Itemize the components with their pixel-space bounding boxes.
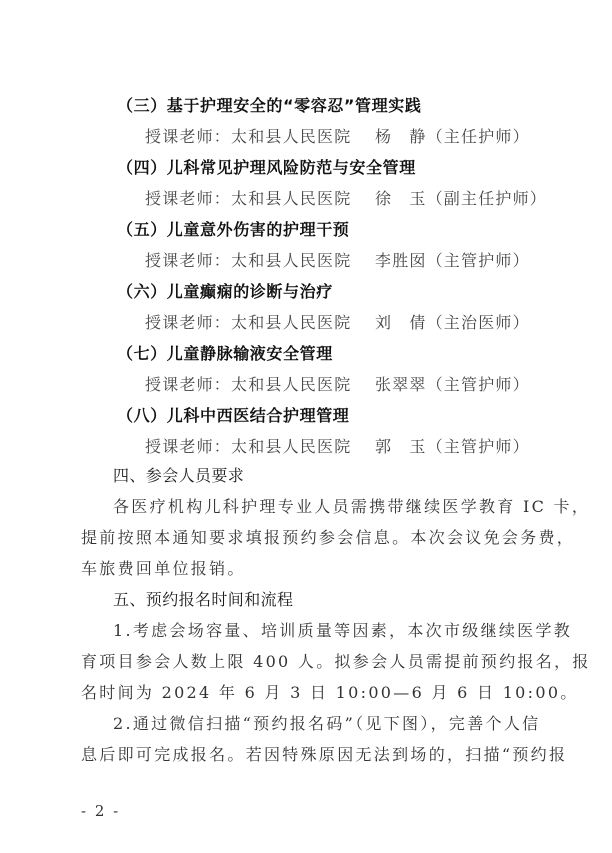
paragraph-line: 1.考虑会场容量、培训质量等因素，本次市级继续医学教 (113, 621, 572, 641)
teacher-name: 李胜囡（主管护师） (375, 251, 530, 271)
teacher-label: 授课老师：太和县人民医院 (145, 127, 351, 146)
course-teacher-4: 授课老师：太和县人民医院 徐 玉（副主任护师） (145, 189, 351, 209)
paragraph-line: 各医疗机构儿科护理专业人员需携带继续医学教育 IC 卡， (113, 497, 590, 517)
teacher-label: 授课老师：太和县人民医院 (145, 189, 351, 208)
teacher-name: 徐 玉（副主任护师） (375, 189, 547, 209)
teacher-name: 杨 静（主任护师） (375, 127, 530, 147)
course-title-6: （六）儿童癫痫的诊断与治疗 (117, 282, 333, 302)
paragraph-line: 名时间为 2024 年 6 月 3 日 10:00—6 月 6 日 10:00。 (81, 683, 579, 703)
teacher-label: 授课老师：太和县人民医院 (145, 375, 351, 394)
teacher-label: 授课老师：太和县人民医院 (145, 313, 351, 332)
paragraph-line: 2.通过微信扫描“预约报名码”（见下图），完善个人信 (113, 714, 540, 734)
section-heading-registration: 五、预约报名时间和流程 (113, 590, 293, 610)
course-title-5: （五）儿童意外伤害的护理干预 (117, 220, 349, 240)
course-teacher-7: 授课老师：太和县人民医院 张翠翠（主管护师） (145, 375, 351, 395)
course-title-4: （四）儿科常见护理风险防范与安全管理 (117, 158, 416, 178)
teacher-label: 授课老师：太和县人民医院 (145, 437, 351, 456)
teacher-name: 郭 玉（主管护师） (375, 437, 530, 457)
teacher-name: 张翠翠（主管护师） (375, 375, 530, 395)
course-teacher-5: 授课老师：太和县人民医院 李胜囡（主管护师） (145, 251, 351, 271)
course-title-8: （八）儿科中西医结合护理管理 (117, 406, 349, 426)
course-title-3: （三）基于护理安全的“零容忍”管理实践 (117, 96, 421, 116)
paragraph-line: 育项目参会人数上限 400 人。拟参会人员需提前预约报名，报 (81, 652, 591, 672)
section-heading-attendee-requirements: 四、参会人员要求 (113, 466, 244, 486)
teacher-label: 授课老师：太和县人民医院 (145, 251, 351, 270)
teacher-name: 刘 倩（主治医师） (375, 313, 530, 333)
course-teacher-8: 授课老师：太和县人民医院 郭 玉（主管护师） (145, 437, 351, 457)
course-teacher-3: 授课老师：太和县人民医院 杨 静（主任护师） (145, 127, 351, 147)
course-teacher-6: 授课老师：太和县人民医院 刘 倩（主治医师） (145, 313, 351, 333)
paragraph-line: 息后即可完成报名。若因特殊原因无法到场的，扫描“预约报 (81, 745, 567, 765)
paragraph-line: 车旅费回单位报销。 (81, 559, 246, 579)
paragraph-line: 提前按照本通知要求填报预约参会信息。本次会议免会务费， (81, 528, 575, 548)
course-title-7: （七）儿童静脉输液安全管理 (117, 344, 333, 364)
page-number: - 2 - (81, 802, 120, 820)
